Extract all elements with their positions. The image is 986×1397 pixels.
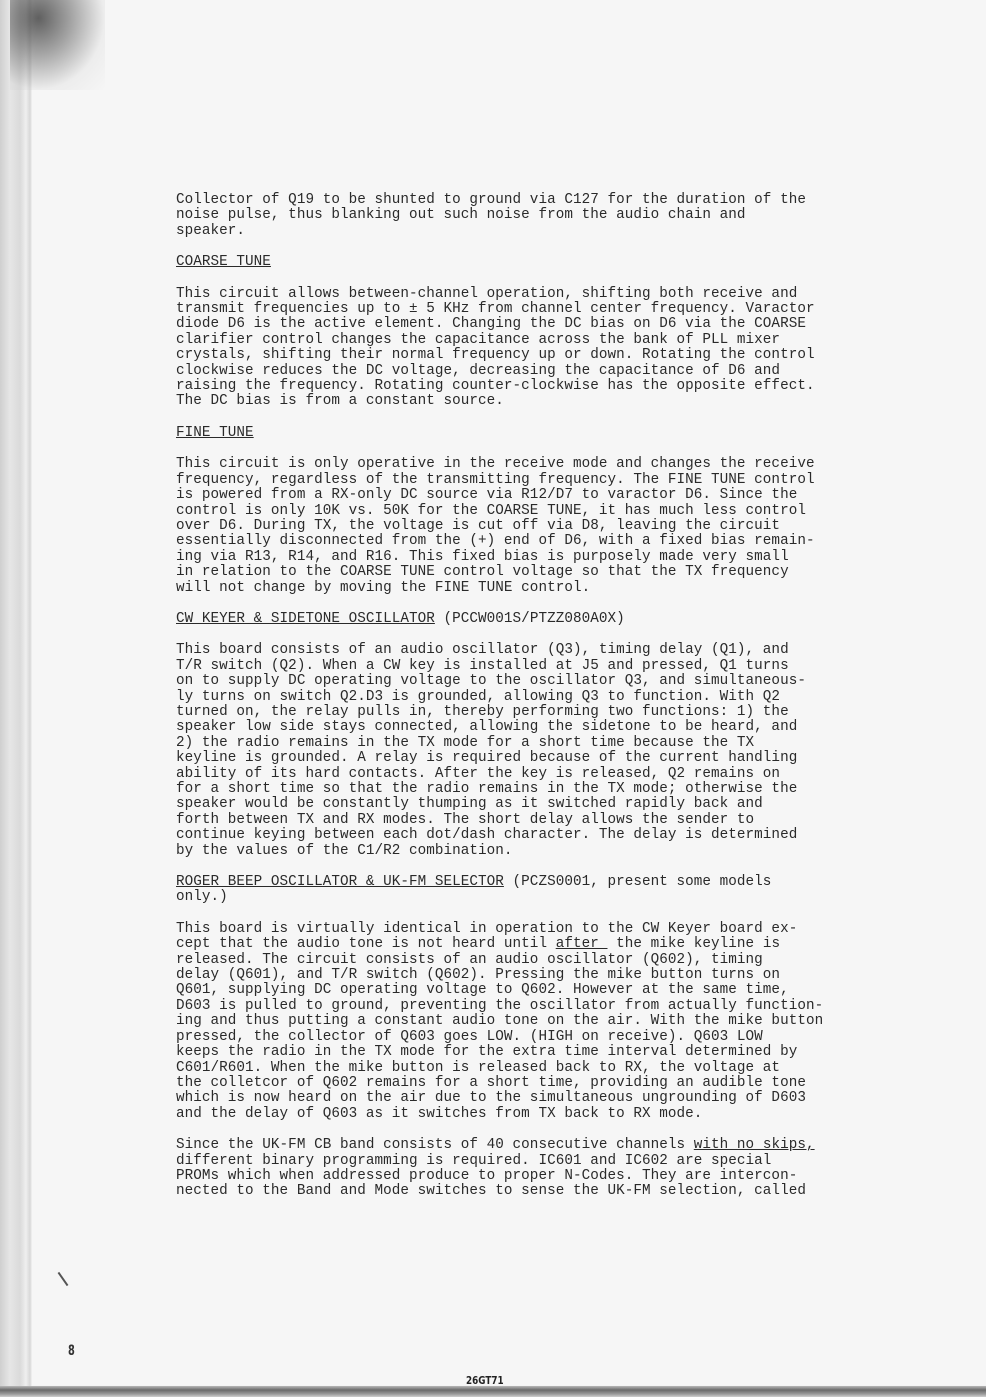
ukfm-paragraph: Since the UK-FM CB band consists of 40 c…: [176, 1138, 876, 1200]
heading-title: CW KEYER & SIDETONE OSCILLATOR: [176, 611, 435, 627]
section-heading-cw-keyer: CW KEYER & SIDETONE OSCILLATOR (PCCW001S…: [176, 612, 876, 627]
text-run: different binary programming is required…: [176, 1153, 806, 1200]
emphasis-after: after: [556, 936, 608, 952]
document-body: Collector of Q19 to be shunted to ground…: [176, 193, 876, 1216]
text-run: Since the UK-FM CB band consists of 40 c…: [176, 1137, 694, 1153]
intro-paragraph: Collector of Q19 to be shunted to ground…: [176, 193, 876, 239]
coarse-tune-paragraph: This circuit allows between-channel oper…: [176, 287, 876, 410]
page-number: 8: [68, 1343, 75, 1359]
heading-suffix: (PCCW001S/PTZZ080A0X): [435, 611, 625, 627]
fine-tune-paragraph: This circuit is only operative in the re…: [176, 457, 876, 596]
roger-beep-paragraph: This board is virtually identical in ope…: [176, 922, 876, 1122]
page-bottom-edge: [0, 1386, 986, 1397]
section-heading-fine-tune: FINE TUNE: [176, 426, 876, 441]
text-run: the mike keyline is released. The circui…: [176, 936, 823, 1121]
page-binding-edge: [0, 0, 32, 1397]
emphasis-no-skips: with no skips,: [694, 1137, 815, 1153]
section-heading-coarse-tune: COARSE TUNE: [176, 255, 876, 270]
heading-title: FINE TUNE: [176, 425, 254, 441]
scan-smudge: [10, 0, 105, 90]
heading-title: COARSE TUNE: [176, 254, 271, 270]
cw-keyer-paragraph: This board consists of an audio oscillat…: [176, 643, 876, 859]
heading-title: ROGER BEEP OSCILLATOR & UK-FM SELECTOR: [176, 874, 504, 890]
section-heading-roger-beep: ROGER BEEP OSCILLATOR & UK-FM SELECTOR (…: [176, 875, 876, 906]
